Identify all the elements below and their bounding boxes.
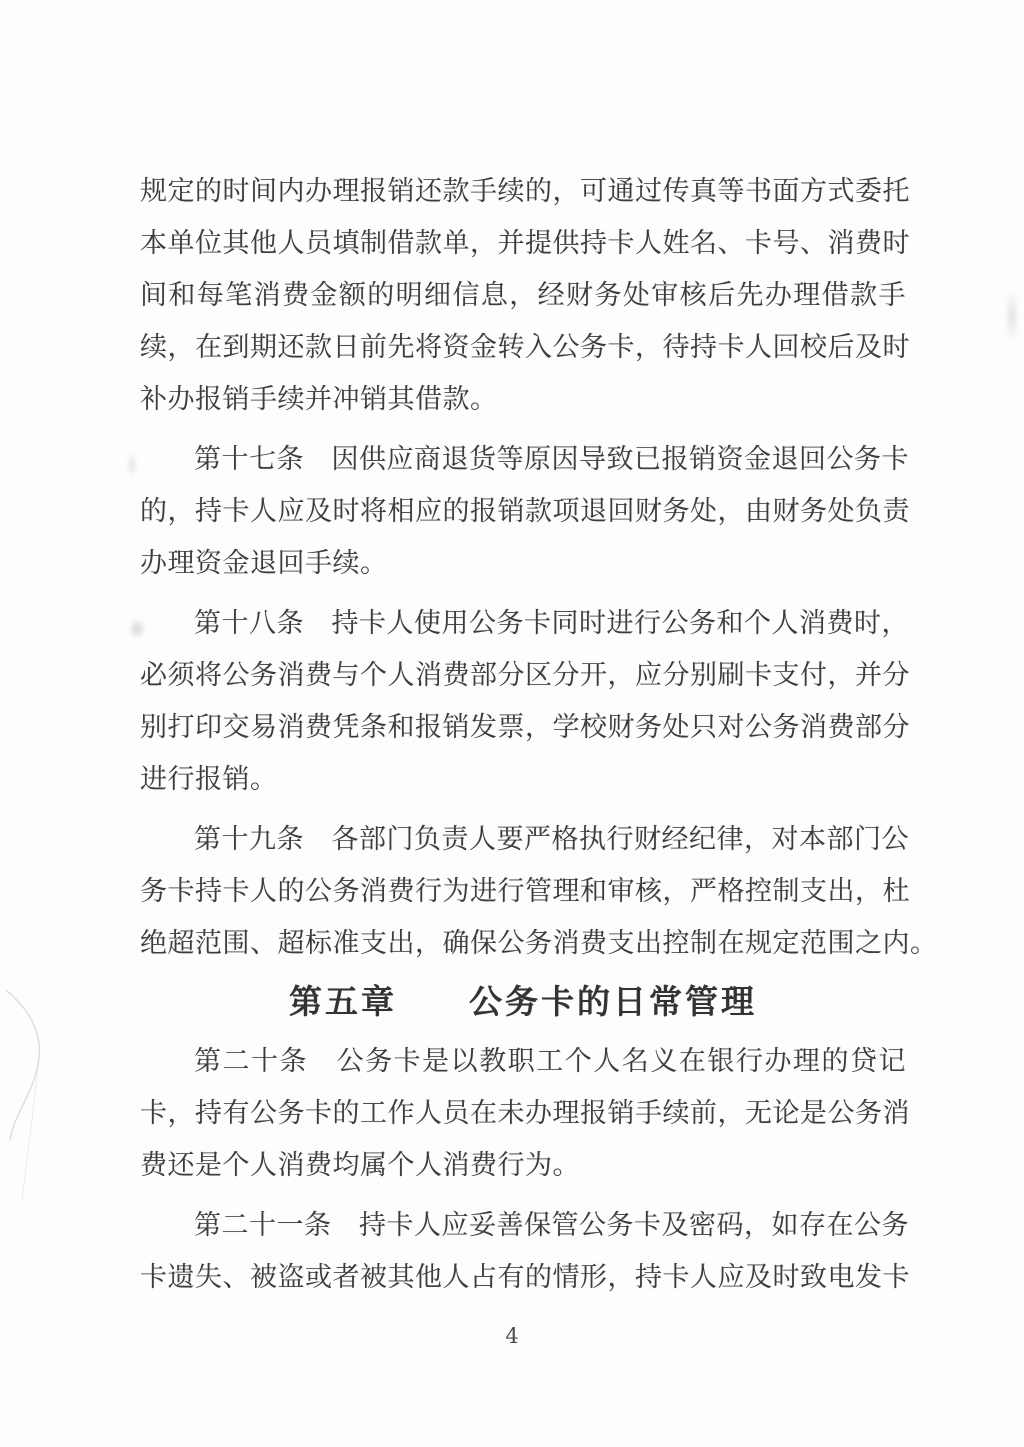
page-number: 4 [0, 1324, 1024, 1348]
text-line-article-18: 第十八条 持卡人使用公务卡同时进行公务和个人消费时， [140, 598, 906, 650]
text-line: 务卡持卡人的公务消费行为进行管理和审核，严格控制支出，杜 [140, 866, 906, 918]
text-line: 规定的时间内办理报销还款手续的，可通过传真等书面方式委托 [140, 166, 906, 218]
text-line: 绝超范围、超标准支出，确保公务消费支出控制在规定范围之内。 [140, 918, 906, 970]
text-line: 补办报销手续并冲销其借款。 [140, 374, 906, 426]
document-body: 规定的时间内办理报销还款手续的，可通过传真等书面方式委托 本单位其他人员填制借款… [140, 166, 906, 1304]
text-line-article-20: 第二十条 公务卡是以教职工个人名义在银行办理的贷记 [140, 1036, 906, 1088]
text-line: 的，持卡人应及时将相应的报销款项退回财务处，由财务处负责 [140, 486, 906, 538]
text-line: 费还是个人消费均属个人消费行为。 [140, 1140, 906, 1192]
text-line: 别打印交易消费凭条和报销发票，学校财务处只对公务消费部分 [140, 702, 906, 754]
scan-smudge-artifact [1004, 290, 1020, 342]
scan-smudge-artifact [126, 452, 138, 478]
text-line: 卡遗失、被盗或者被其他人占有的情形，持卡人应及时致电发卡 [140, 1252, 906, 1304]
text-line: 办理资金退回手续。 [140, 538, 906, 590]
text-line-article-17: 第十七条 因供应商退货等原因导致已报销资金退回公务卡 [140, 434, 906, 486]
document-page: 规定的时间内办理报销还款手续的，可通过传真等书面方式委托 本单位其他人员填制借款… [0, 0, 1024, 1447]
text-line: 间和每笔消费金额的明细信息，经财务处审核后先办理借款手 [140, 270, 906, 322]
text-line: 续，在到期还款日前先将资金转入公务卡，待持卡人回校后及时 [140, 322, 906, 374]
chapter-heading: 第五章 公务卡的日常管理 [140, 976, 906, 1028]
text-line: 本单位其他人员填制借款单，并提供持卡人姓名、卡号、消费时 [140, 218, 906, 270]
text-line: 必须将公务消费与个人消费部分区分开，应分别刷卡支付，并分 [140, 650, 906, 702]
text-line-article-19: 第十九条 各部门负责人要严格执行财经纪律，对本部门公 [140, 814, 906, 866]
text-line: 进行报销。 [140, 754, 906, 806]
text-line: 卡，持有公务卡的工作人员在未办理报销手续前，无论是公务消 [140, 1088, 906, 1140]
text-line-article-21: 第二十一条 持卡人应妥善保管公务卡及密码，如存在公务 [140, 1200, 906, 1252]
